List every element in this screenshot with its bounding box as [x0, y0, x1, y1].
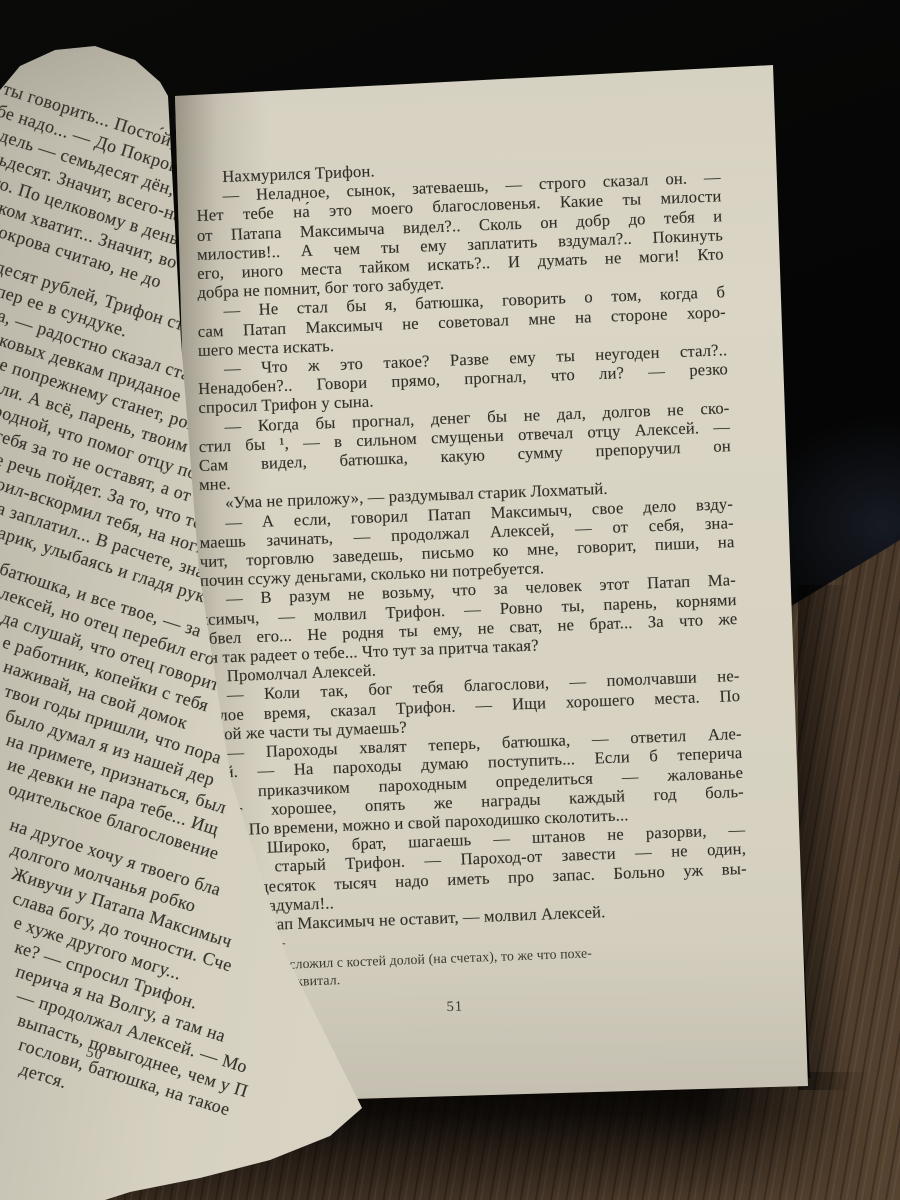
page-edge-shadow	[798, 585, 850, 1090]
right-page-number: 51	[446, 998, 463, 1016]
right-page-text: Нахмурился Трифон.— Неладное, сынок, зат…	[196, 148, 748, 935]
book-photo: Нахмурился Трифон.— Неладное, сынок, зат…	[0, 0, 900, 1200]
right-page-text-block: Нахмурился Трифон.— Неладное, сынок, зат…	[196, 148, 752, 1029]
